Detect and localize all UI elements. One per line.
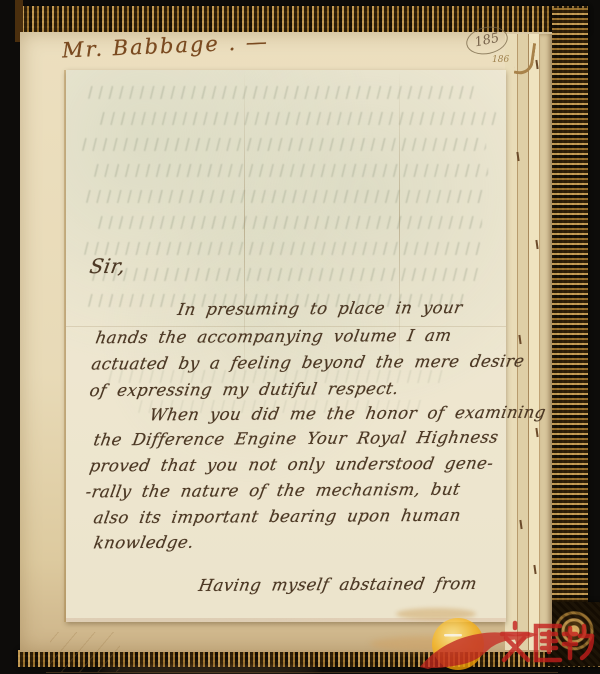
fold-line: [399, 70, 400, 370]
watermark-glyphs: [502, 623, 592, 660]
letter-line: -rally the nature of the mechanism, but: [84, 480, 462, 502]
showthrough-writing: [84, 190, 486, 203]
letter-line: proved that you not only understood gene…: [88, 454, 495, 476]
folio-number-text: 185: [473, 31, 500, 51]
scanned-letter-photo: Mr. Babbage . — 185 186 Sir, In presumin…: [0, 0, 600, 674]
letter-line: In presuming to place in your: [176, 298, 464, 319]
letter-line: of expressing my dutiful respect.: [88, 379, 400, 400]
page-edge: [540, 34, 552, 650]
letter-line: Having myself abstained from: [197, 574, 478, 595]
letter-line: hands the accompanying volume I am: [94, 326, 453, 347]
page-edge: [505, 34, 518, 650]
frame-border-right: [552, 8, 588, 605]
letter-line: the Difference Engine Your Royal Highnes…: [92, 428, 500, 450]
showthrough-writing: [98, 112, 498, 125]
folio-number-small: 186: [492, 55, 509, 65]
page-edge: [529, 34, 540, 650]
showthrough-writing: [80, 138, 486, 151]
bound-page-edges: [505, 34, 552, 650]
salutation: Sir,: [88, 254, 128, 278]
letter-line: knowledge.: [92, 533, 195, 553]
showthrough-writing: [96, 216, 482, 229]
wenweipo-watermark: [410, 610, 600, 674]
paper-crease: [50, 632, 120, 672]
showthrough-writing: [86, 86, 476, 99]
letter-line: also its important bearing upon human: [92, 506, 462, 528]
letter-line: actuated by a feeling beyond the mere de…: [90, 351, 526, 373]
letter-sheet: Sir, In presuming to place in your hands…: [66, 70, 506, 622]
showthrough-writing: [92, 164, 488, 177]
paper-stain: [100, 664, 320, 674]
letter-line: When you did me the honor of examining: [148, 403, 547, 425]
showthrough-writing: [82, 242, 482, 255]
showthrough-writing: [90, 268, 482, 281]
